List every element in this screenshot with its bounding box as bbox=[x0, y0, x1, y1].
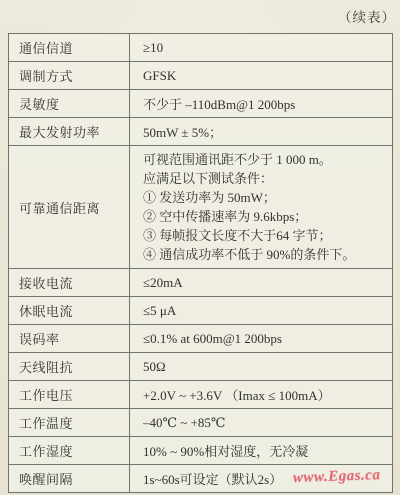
row-value: +2.0V ~ +3.6V （Imax ≤ 100mA） bbox=[130, 381, 393, 409]
row-value: ≤0.1% at 600m@1 200bps bbox=[130, 325, 393, 353]
row-label: 误码率 bbox=[9, 325, 130, 353]
row-label: 最大发射功率 bbox=[9, 118, 130, 146]
row-label: 工作温度 bbox=[9, 409, 130, 437]
table-row: 接收电流 ≤20mA bbox=[9, 269, 393, 297]
row-value: –40℃ ~ +85℃ bbox=[130, 409, 393, 437]
row-label: 天线阻抗 bbox=[9, 353, 130, 381]
table-row: 最大发射功率 50mW ± 5%； bbox=[9, 118, 393, 146]
row-value-line: 可视范围通讯距不少于 1 000 m。 bbox=[143, 150, 388, 169]
row-value: 不少于 –110dBm@1 200bps bbox=[130, 90, 393, 118]
row-value: GFSK bbox=[130, 62, 393, 90]
row-label: 通信信道 bbox=[9, 34, 130, 62]
row-label: 工作湿度 bbox=[9, 437, 130, 465]
row-value: 50mW ± 5%； bbox=[130, 118, 393, 146]
row-value-line: ④ 通信成功率不低于 90%的条件下。 bbox=[143, 245, 388, 264]
table-row: 天线阻抗 50Ω bbox=[9, 353, 393, 381]
table-row: 灵敏度 不少于 –110dBm@1 200bps bbox=[9, 90, 393, 118]
row-value: ≤20mA bbox=[130, 269, 393, 297]
table-row: 休眠电流 ≤5 μA bbox=[9, 297, 393, 325]
table-row: 工作电压 +2.0V ~ +3.6V （Imax ≤ 100mA） bbox=[9, 381, 393, 409]
table-row: 误码率 ≤0.1% at 600m@1 200bps bbox=[9, 325, 393, 353]
row-value: 50Ω bbox=[130, 353, 393, 381]
row-value: ≥10 bbox=[130, 34, 393, 62]
table-row: 工作湿度 10% ~ 90%相对湿度，无冷凝 bbox=[9, 437, 393, 465]
row-value-line: ② 空中传播速率为 9.6kbps； bbox=[143, 207, 388, 226]
watermark: www.Egas.ca bbox=[293, 466, 400, 487]
table-row: 可靠通信距离 可视范围通讯距不少于 1 000 m。 应满足以下测试条件： ① … bbox=[9, 146, 393, 269]
spec-table: 通信信道 ≥10 调制方式 GFSK 灵敏度 不少于 –110dBm@1 200… bbox=[8, 33, 393, 493]
row-value: 可视范围通讯距不少于 1 000 m。 应满足以下测试条件： ① 发送功率为 5… bbox=[130, 146, 393, 269]
continued-table-label: （续表） bbox=[338, 6, 396, 26]
row-value: 10% ~ 90%相对湿度，无冷凝 bbox=[130, 437, 393, 465]
row-label: 休眠电流 bbox=[9, 297, 130, 325]
row-value-line: ③ 每帧报文长度不大于64 字节； bbox=[143, 226, 388, 245]
row-value-line: ① 发送功率为 50mW； bbox=[143, 188, 388, 207]
table-row: 通信信道 ≥10 bbox=[9, 34, 393, 62]
table-row: 调制方式 GFSK bbox=[9, 62, 393, 90]
row-label: 灵敏度 bbox=[9, 90, 130, 118]
row-value-line: 应满足以下测试条件： bbox=[143, 169, 388, 188]
row-label: 唤醒间隔 bbox=[9, 465, 130, 493]
row-label: 接收电流 bbox=[9, 269, 130, 297]
row-value: ≤5 μA bbox=[130, 297, 393, 325]
row-label: 调制方式 bbox=[9, 62, 130, 90]
row-label: 工作电压 bbox=[9, 381, 130, 409]
table-row: 工作温度 –40℃ ~ +85℃ bbox=[9, 409, 393, 437]
row-label: 可靠通信距离 bbox=[9, 146, 130, 269]
